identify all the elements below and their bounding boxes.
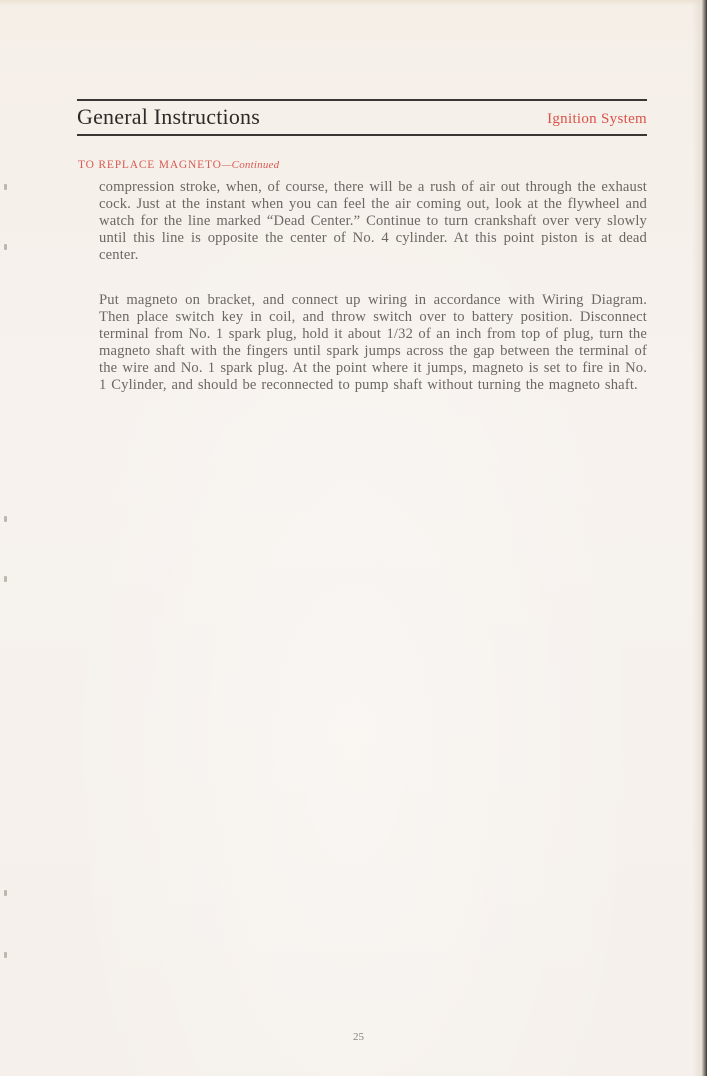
page-title: General Instructions: [77, 104, 260, 130]
page-number: 25: [353, 1031, 364, 1043]
margin-mark: [4, 184, 7, 190]
header-rule-top: [77, 99, 647, 101]
document-page: General Instructions Ignition System TO …: [0, 0, 707, 1076]
page-top-edge: [0, 0, 707, 6]
body-paragraph: Put magneto on bracket, and connect up w…: [99, 292, 647, 393]
subheading-label: TO REPLACE MAGNETO: [78, 159, 222, 171]
margin-mark: [4, 576, 7, 582]
margin-mark: [4, 890, 7, 896]
margin-mark: [4, 244, 7, 250]
section-title: Ignition System: [547, 111, 647, 128]
body-paragraph: compression stroke, when, of course, the…: [99, 179, 647, 264]
header-rule-bottom: [77, 134, 647, 136]
page-binding-shade: [692, 0, 702, 1076]
margin-mark: [4, 952, 7, 958]
subheading: TO REPLACE MAGNETO—Continued: [78, 159, 279, 171]
page-right-edge: [702, 0, 707, 1076]
margin-mark: [4, 516, 7, 522]
subheading-continued: —Continued: [222, 159, 280, 171]
